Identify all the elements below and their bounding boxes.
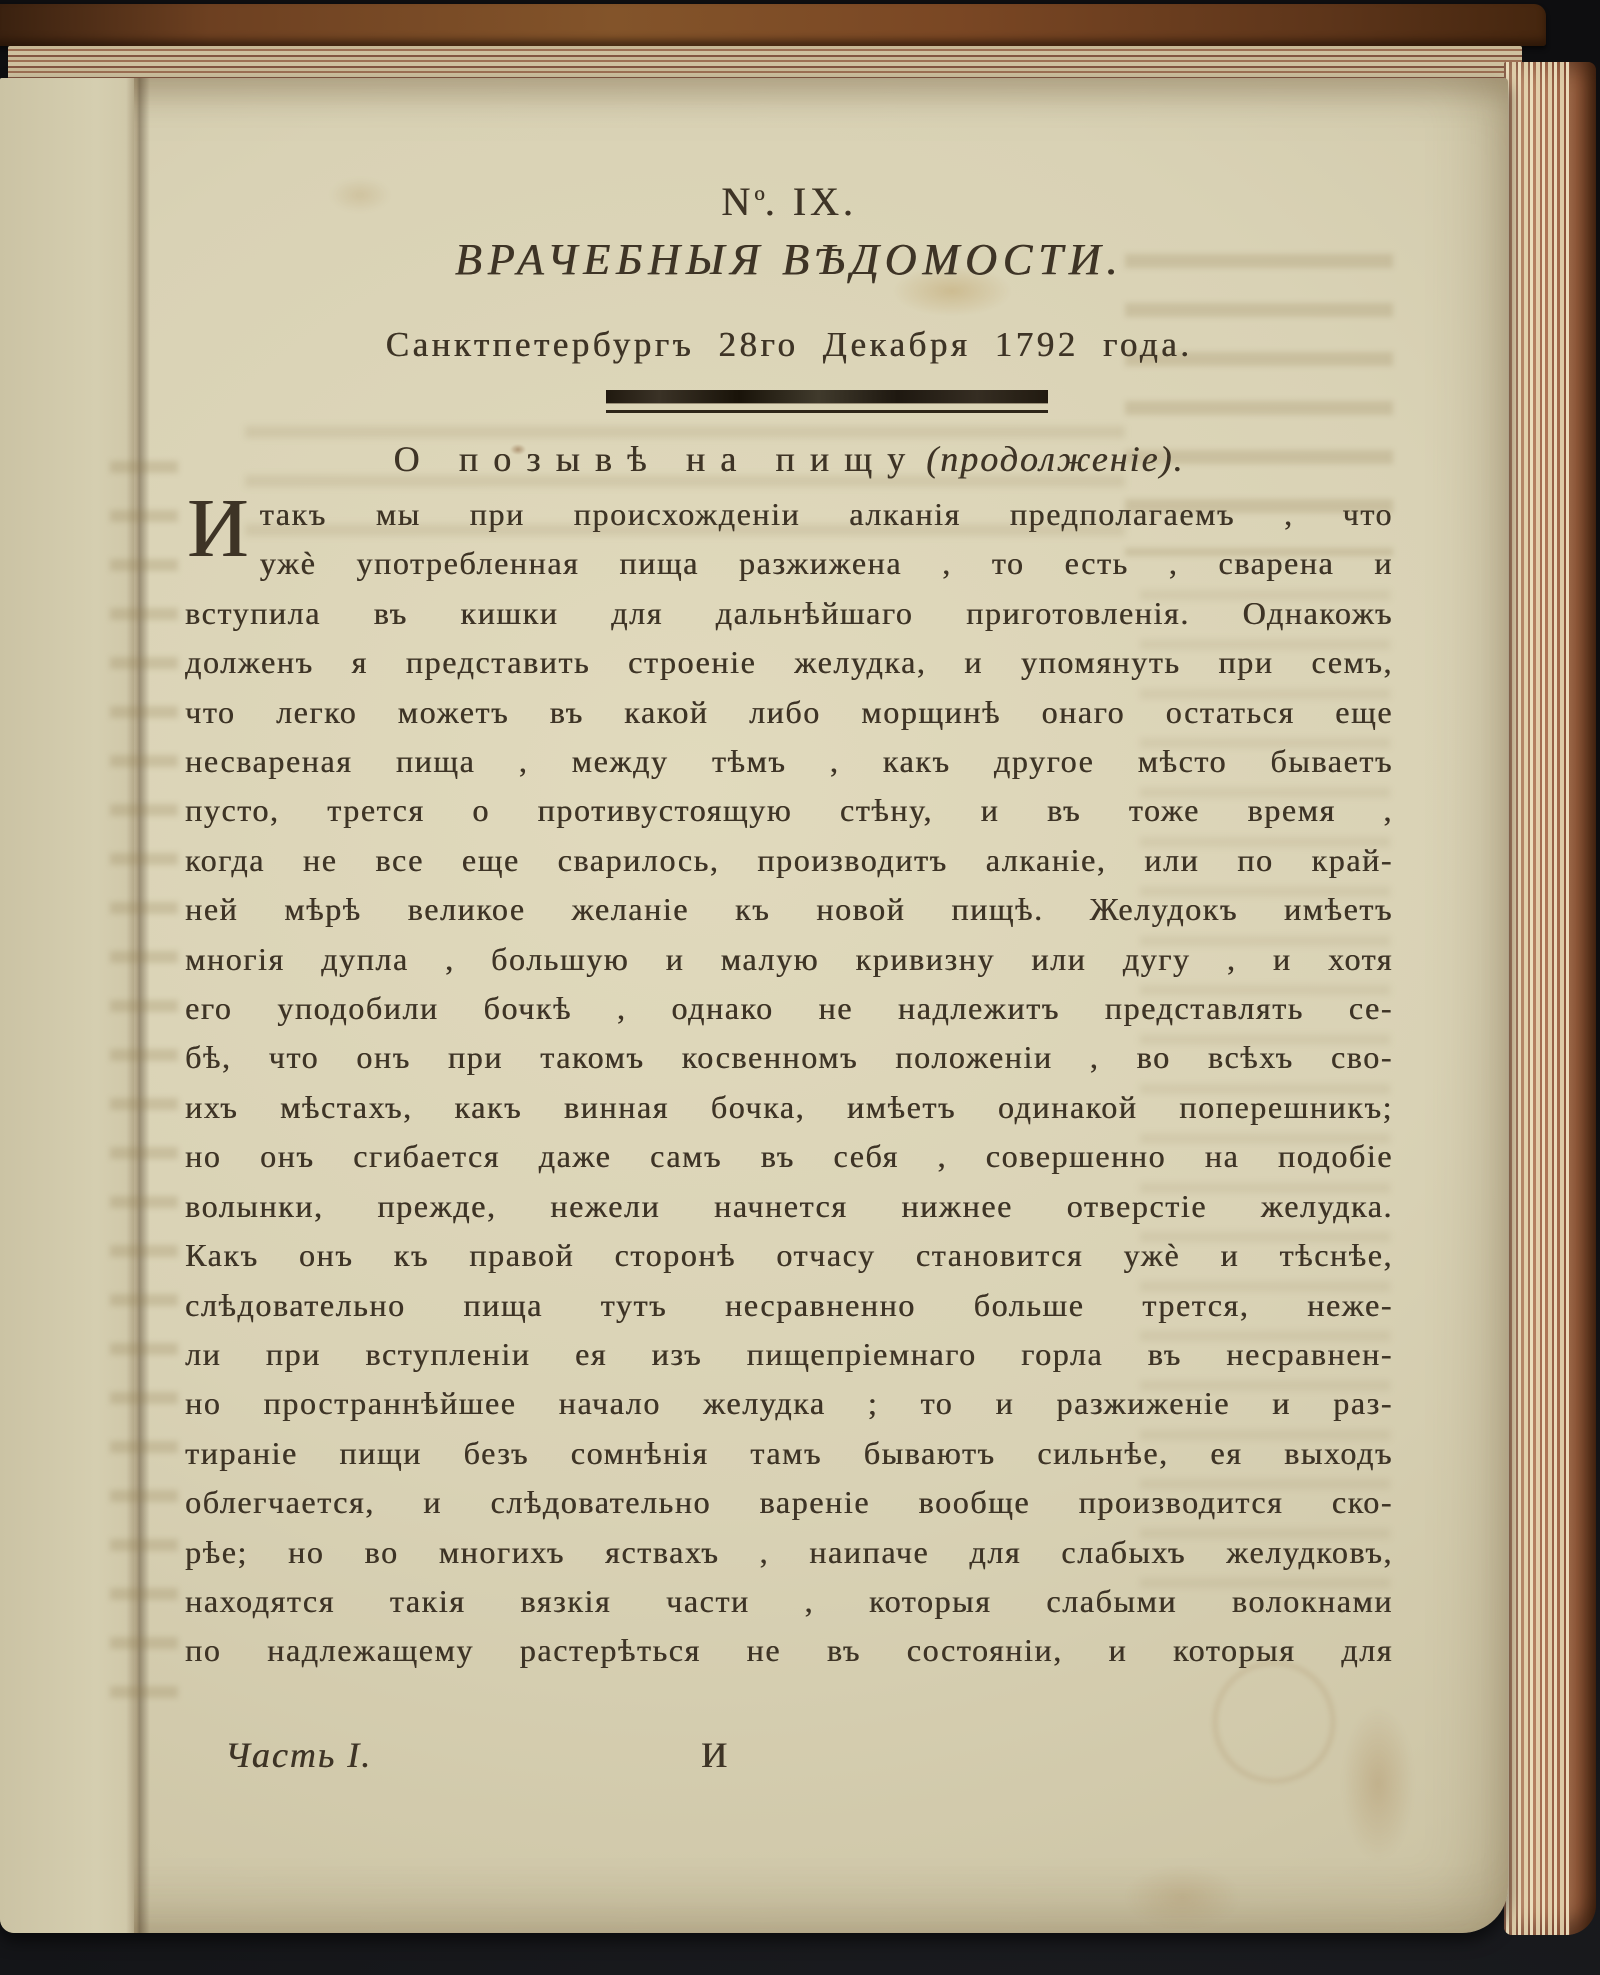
book-cover-top-edge: [0, 4, 1546, 46]
section-heading-text: О позывѣ на пищу: [394, 439, 921, 479]
text-line: рѣе; но во многихъ яствахъ , наипаче для…: [185, 1528, 1393, 1577]
issue-number: No. IX.: [185, 178, 1393, 225]
issue-number-rest: . IX.: [765, 179, 857, 224]
text-line: вступила въ кишки для дальнѣйшаго пригот…: [185, 589, 1393, 638]
page-footer: Часть I. И: [185, 1734, 1393, 1794]
text-line: но онъ сгибается даже самъ въ себя , сов…: [185, 1132, 1393, 1181]
text-line-content: такъ мы при происхожденіи алканія предпо…: [260, 496, 1393, 532]
drop-cap-initial: И: [187, 492, 248, 584]
text-line: тираніе пищи безъ сомнѣнія тамъ бываютъ …: [185, 1429, 1393, 1478]
issue-number-n: N: [721, 179, 754, 224]
section-heading: О позывѣ на пищу(продолженіе).: [185, 438, 1393, 480]
text-line: ли при вступленіи ея изъ пищепріемнаго г…: [185, 1330, 1393, 1379]
text-line: находятся такія вязкія части , которыя с…: [185, 1577, 1393, 1626]
text-line: слѣдовательно пища тутъ несравненно боль…: [185, 1281, 1393, 1330]
text-line: Итакъ мы при происхожденіи алканія предп…: [185, 490, 1393, 539]
text-line: ней мѣрѣ великое желаніе къ новой пищѣ. …: [185, 885, 1393, 934]
text-line: ужѐ употребленная пища разжижена , то ес…: [185, 539, 1393, 588]
facing-page-strip: [0, 78, 134, 1933]
signature-mark: И: [701, 1734, 727, 1776]
issue-number-sup: o: [754, 181, 765, 205]
text-line: несвареная пища , между тѣмъ , какъ друг…: [185, 737, 1393, 786]
page-stack-top-edges: [8, 46, 1522, 80]
ornamental-rule: [606, 390, 1048, 413]
text-line: его уподобили бочкѣ , однако не надлежит…: [185, 984, 1393, 1033]
gutter-shadow: [126, 78, 150, 1933]
section-heading-continuation: (продолженіе).: [926, 439, 1184, 479]
text-line: бѣ, что онъ при такомъ косвенномъ положе…: [185, 1033, 1393, 1082]
text-line: долженъ я представить строеніе желудка, …: [185, 638, 1393, 687]
text-line: многія дупла , большую и малую кривизну …: [185, 935, 1393, 984]
text-line: облегчается, и слѣдовательно вареніе воо…: [185, 1478, 1393, 1527]
text-line: что легко можетъ въ какой либо морщинѣ о…: [185, 688, 1393, 737]
text-line: но пространнѣйшее начало желудка ; то и …: [185, 1379, 1393, 1428]
rule-thick-bar: [606, 390, 1048, 403]
book-photograph: No. IX. ВРАЧЕБНЫЯ ВѢДОМОСТИ. Санктпетерб…: [0, 0, 1600, 1975]
page-stack-fore-edge: [1504, 62, 1596, 1935]
text-line: когда не все еще сварилось, производитъ …: [185, 836, 1393, 885]
text-line: Какъ онъ къ правой сторонѣ отчасу станов…: [185, 1231, 1393, 1280]
text-line: ихъ мѣстахъ, какъ винная бочка, имѣетъ о…: [185, 1083, 1393, 1132]
article-body: Итакъ мы при происхожденіи алканія предп…: [185, 490, 1393, 1676]
publication-title: ВРАЧЕБНЫЯ ВѢДОМОСТИ.: [185, 234, 1393, 285]
part-label: Часть I.: [225, 1734, 372, 1776]
text-line: пусто, трется о противустоящую стѣну, и …: [185, 786, 1393, 835]
book-page: No. IX. ВРАЧЕБНЫЯ ВѢДОМОСТИ. Санктпетерб…: [0, 78, 1508, 1933]
page-content: No. IX. ВРАЧЕБНЫЯ ВѢДОМОСТИ. Санктпетерб…: [185, 78, 1393, 1933]
dateline: Санктпетербургъ 28го Декабря 1792 года.: [185, 325, 1393, 365]
text-line: по надлежащему растерѣться не въ состоян…: [185, 1626, 1393, 1675]
text-line: волынки, прежде, нежели начнется нижнее …: [185, 1182, 1393, 1231]
rule-thin-line: [606, 410, 1048, 413]
